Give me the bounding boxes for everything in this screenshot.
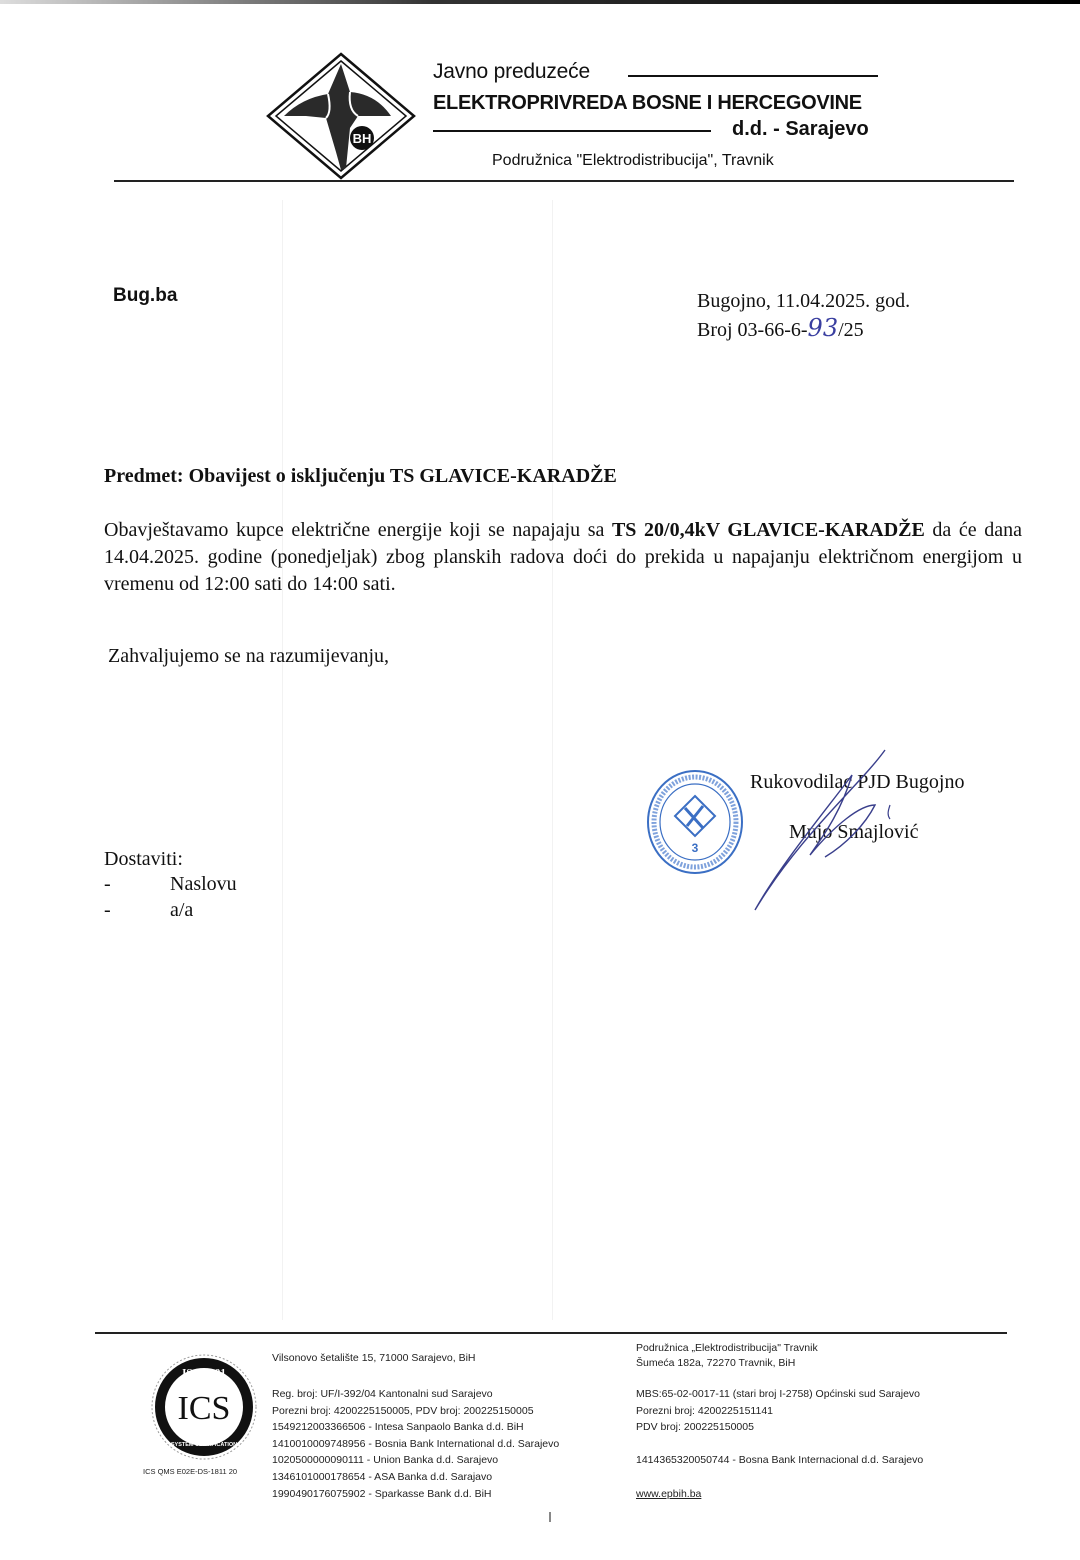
footer-line: PDV broj: 200225150005 <box>636 1419 920 1436</box>
reference-prefix: Broj 03-66-6- <box>697 319 808 341</box>
svg-text:SYSTEM CERTIFICATION: SYSTEM CERTIFICATION <box>171 1442 237 1448</box>
footer-line: Reg. broj: UF/I-392/04 Kantonalni sud Sa… <box>272 1386 559 1403</box>
company-name: ELEKTROPRIVREDA BOSNE I HERCEGOVINE <box>433 92 862 115</box>
footer-line: Podružnica „Elektrodistribucija" Travnik <box>636 1341 818 1356</box>
closing-line: Zahvaljujemo se na razumijevanju, <box>108 645 389 668</box>
reference-number: Broj 03-66-6-93/25 <box>697 314 864 342</box>
substation-name: TS 20/0,4kV GLAVICE-KARADŽE <box>612 519 925 541</box>
svg-text:BH: BH <box>353 131 372 146</box>
reference-suffix: /25 <box>838 319 864 341</box>
distribution-item: - a/a <box>104 899 237 925</box>
letterhead-divider <box>114 180 1014 182</box>
branch-name: Podružnica "Elektrodistribucija", Travni… <box>492 152 774 170</box>
official-stamp-icon: 3 <box>645 768 745 876</box>
hq-registration-details: Reg. broj: UF/I-392/04 Kantonalni sud Sa… <box>272 1386 559 1502</box>
iso-certificate-number: ICS QMS E02E-DS-1811 20 <box>143 1467 237 1476</box>
bank-account: 1410010009748956 - Bosnia Bank Internati… <box>272 1436 559 1453</box>
svg-text:ISO 9001: ISO 9001 <box>182 1367 226 1379</box>
reference-handwritten: 93 <box>808 314 839 342</box>
company-legal-form: d.d. - Sarajevo <box>732 118 869 141</box>
distribution-item: - Naslovu <box>104 873 237 899</box>
list-bullet: - <box>104 899 170 925</box>
letterhead-rule <box>628 75 878 77</box>
notice-paragraph: Obavještavamo kupce električne energije … <box>104 517 1022 598</box>
scan-top-edge <box>0 0 1080 4</box>
notice-text-1: Obavještavamo kupce električne energije … <box>104 519 612 541</box>
page-mark <box>549 1512 551 1522</box>
distribution-recipient: Naslovu <box>170 873 237 899</box>
iso-certification-logo-icon: ISO 9001 ICS SYSTEM CERTIFICATION <box>148 1352 260 1462</box>
hq-address: Vilsonovo šetalište 15, 71000 Sarajevo, … <box>272 1350 476 1367</box>
distribution-label: Dostaviti: <box>104 848 183 871</box>
branch-registration-details: MBS:65-02-0017-11 (stari broj I-2758) Op… <box>636 1386 920 1436</box>
distribution-list: - Naslovu - a/a <box>104 873 237 925</box>
scan-fold-line <box>282 200 283 1320</box>
place-date: Bugojno, 11.04.2025. god. <box>697 290 910 313</box>
letterhead-rule <box>433 130 711 132</box>
bank-account: 1549212003366506 - Intesa Sanpaolo Banka… <box>272 1419 559 1436</box>
footer-line: Porezni broj: 4200225151141 <box>636 1403 920 1420</box>
bank-account: 1414365320050744 - Bosna Bank Internacio… <box>636 1452 923 1469</box>
footer-line: MBS:65-02-0017-11 (stari broj I-2758) Op… <box>636 1386 920 1403</box>
footer-line: Šumeća 182a, 72270 Travnik, BiH <box>636 1356 818 1371</box>
footer-divider <box>95 1332 1007 1334</box>
branch-address: Podružnica „Elektrodistribucija" Travnik… <box>636 1341 818 1371</box>
bank-account: 1990490176075902 - Sparkasse Bank d.d. B… <box>272 1486 559 1503</box>
website-link[interactable]: www.epbih.ba <box>636 1486 701 1503</box>
scan-fold-line <box>552 200 553 1320</box>
svg-text:ICS: ICS <box>178 1390 231 1427</box>
bank-account: 1020500000090111 - Union Banka d.d. Sara… <box>272 1452 559 1469</box>
svg-text:3: 3 <box>692 841 699 855</box>
distribution-recipient: a/a <box>170 899 193 925</box>
signature-icon <box>740 745 910 915</box>
bank-account: 1346101000178654 - ASA Banka d.d. Saraja… <box>272 1469 559 1486</box>
epbih-logo-icon: BH <box>266 52 416 180</box>
subject-line: Predmet: Obavijest o isključenju TS GLAV… <box>104 465 617 488</box>
letterhead-line-1: Javno preduzeće <box>433 60 590 84</box>
footer-line: Porezni broj: 4200225150005, PDV broj: 2… <box>272 1403 559 1420</box>
source-watermark: Bug.ba <box>113 285 177 307</box>
list-bullet: - <box>104 873 170 899</box>
